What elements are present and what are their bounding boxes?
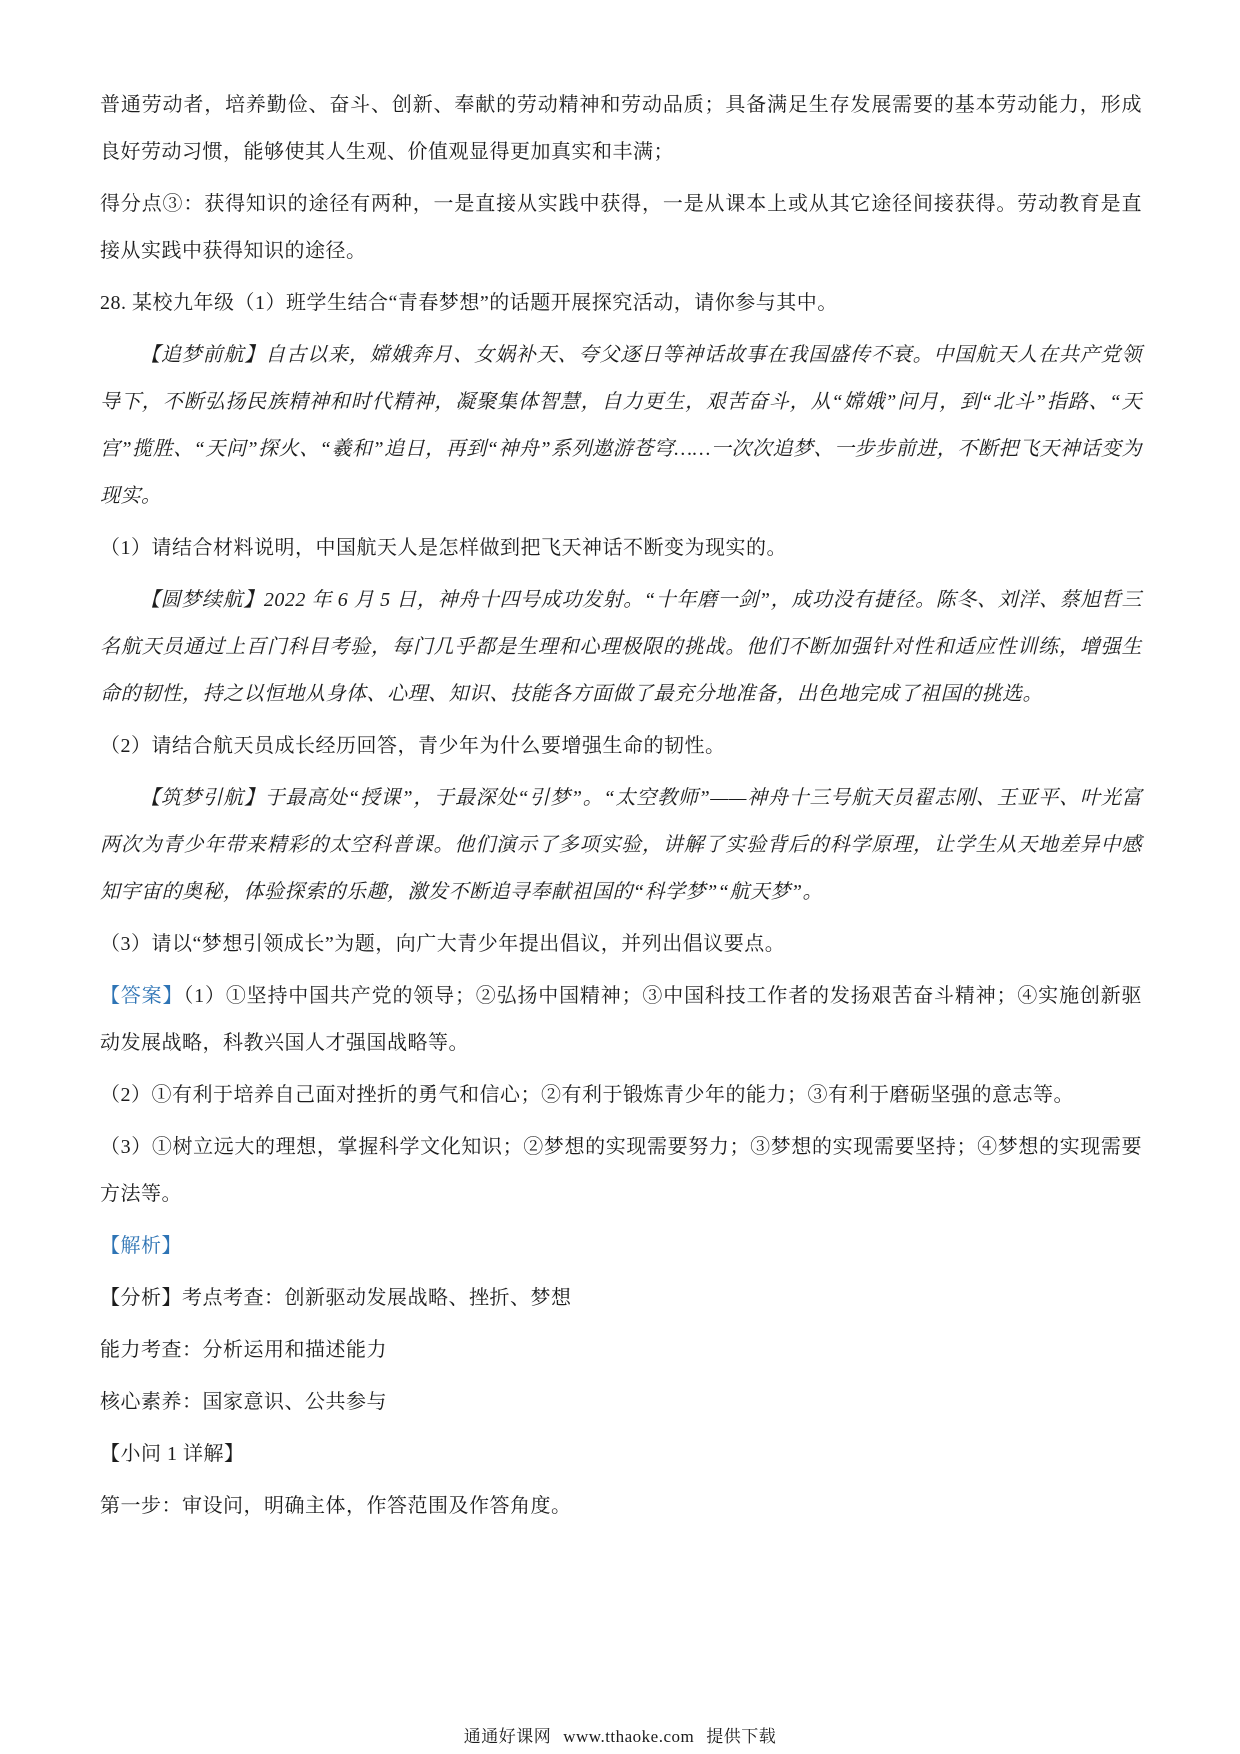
sub-question-1-explain-heading: 【小问 1 详解】 <box>100 1431 1142 1478</box>
material-yuanmeng-xuhang: 【圆梦续航】2022 年 6 月 5 日，神舟十四号成功发射。“十年磨一剑”，成… <box>100 577 1142 718</box>
analysis-points-examined: 【分析】考点考查：创新驱动发展战略、挫折、梦想 <box>100 1275 1142 1322</box>
analysis-core-literacy: 核心素养：国家意识、公共参与 <box>100 1379 1142 1426</box>
answer-label: 【答案】 <box>100 985 183 1007</box>
material-zhumeng-yinhang: 【筑梦引航】于最高处“授课”，于最深处“引梦”。“太空教师”——神舟十三号航天员… <box>100 775 1142 916</box>
footer-suffix: 提供下载 <box>706 1727 776 1746</box>
sub-question-3: （3）请以“梦想引领成长”为题，向广大青少年提出倡议，并列出倡议要点。 <box>100 921 1142 968</box>
footer-site-url: www.tthaoke.com <box>563 1727 694 1746</box>
answer-part-1-text: （1）①坚持中国共产党的领导；②弘扬中国精神；③中国科技工作者的发扬艰苦奋斗精神… <box>100 985 1142 1054</box>
analysis-section: 【解析】 <box>100 1223 1142 1270</box>
sub-question-1: （1）请结合材料说明，中国航天人是怎样做到把飞天神话不断变为现实的。 <box>100 525 1142 572</box>
analysis-ability-examined: 能力考查：分析运用和描述能力 <box>100 1327 1142 1374</box>
page-footer: 通通好课网www.tthaoke.com提供下载 <box>0 1722 1240 1747</box>
footer-site-name: 通通好课网 <box>464 1727 552 1746</box>
prev-answer-continuation-line: 普通劳动者，培养勤俭、奋斗、创新、奉献的劳动精神和劳动品质；具备满足生存发展需要… <box>100 82 1142 176</box>
document-page: 普通劳动者，培养勤俭、奋斗、创新、奉献的劳动精神和劳动品质；具备满足生存发展需要… <box>0 0 1240 1754</box>
material-zhuimeng-qianhang: 【追梦前航】自古以来，嫦娥奔月、女娲补天、夸父逐日等神话故事在我国盛传不衰。中国… <box>100 332 1142 520</box>
explain-step-1: 第一步：审设问，明确主体，作答范围及作答角度。 <box>100 1483 1142 1530</box>
answer-part-1: 【答案】（1）①坚持中国共产党的领导；②弘扬中国精神；③中国科技工作者的发扬艰苦… <box>100 973 1142 1067</box>
answer-part-3: （3）①树立远大的理想，掌握科学文化知识；②梦想的实现需要努力；③梦想的实现需要… <box>100 1124 1142 1218</box>
answer-part-2: （2）①有利于培养自己面对挫折的勇气和信心；②有利于锻炼青少年的能力；③有利于磨… <box>100 1072 1142 1119</box>
question-28-intro: 28. 某校九年级（1）班学生结合“青春梦想”的话题开展探究活动，请你参与其中。 <box>100 280 1142 327</box>
scoring-point-3-paragraph: 得分点③：获得知识的途径有两种，一是直接从实践中获得，一是从课本上或从其它途径间… <box>100 181 1142 275</box>
sub-question-2: （2）请结合航天员成长经历回答，青少年为什么要增强生命的韧性。 <box>100 723 1142 770</box>
document-body: 普通劳动者，培养勤俭、奋斗、创新、奉献的劳动精神和劳动品质；具备满足生存发展需要… <box>100 82 1142 1535</box>
analysis-label: 【解析】 <box>100 1235 182 1257</box>
